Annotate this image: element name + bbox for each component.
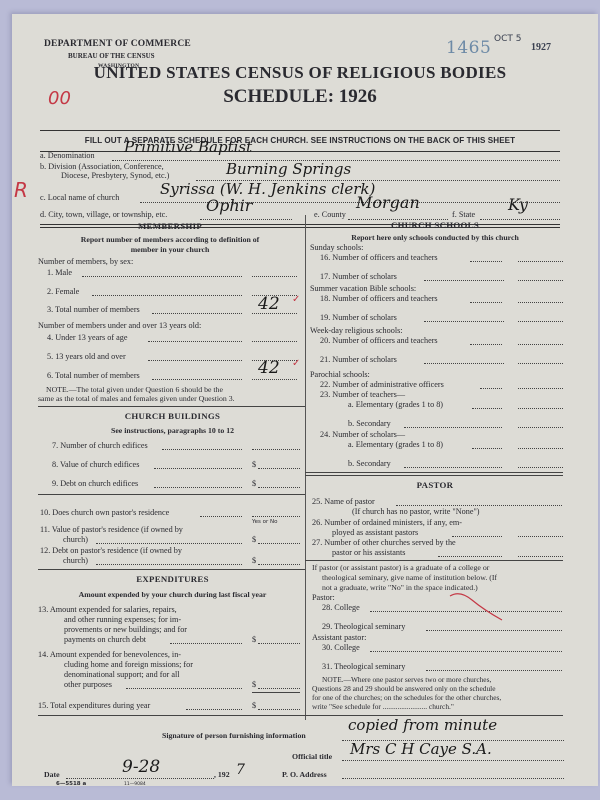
q2-label: 2. Female (47, 287, 79, 296)
q13-running-expenses-field[interactable] (258, 643, 300, 644)
q8-value-field[interactable] (258, 468, 300, 469)
q13-leader (170, 643, 242, 644)
divider (40, 130, 560, 131)
q20-field[interactable] (518, 344, 563, 345)
q16-leader (470, 261, 502, 262)
q23b-field[interactable] (518, 427, 563, 428)
divider (305, 472, 563, 473)
divider (38, 494, 305, 495)
county-field[interactable]: Morgan (356, 193, 420, 212)
q14-label-2: cluding home and foreign missions; for (64, 660, 193, 669)
q30-label: 30. College (322, 643, 360, 652)
dollar-sign: $ (252, 701, 256, 710)
state-label: f. State (452, 210, 475, 219)
q22-field[interactable] (518, 388, 563, 389)
dollar-sign: $ (252, 680, 256, 689)
q22-label: 22. Number of administrative officers (320, 380, 444, 389)
q24a-field[interactable] (518, 448, 563, 449)
q7-edifices-field[interactable] (252, 449, 300, 450)
q12-label-1: 12. Debt on pastor's residence (if owned… (40, 546, 182, 555)
date-year-field[interactable]: 7 (236, 762, 245, 778)
q31-label: 31. Theological seminary (322, 662, 405, 671)
q26-field[interactable] (518, 536, 563, 537)
q10-leader (200, 516, 242, 517)
q7-label: 7. Number of church edifices (52, 441, 148, 450)
q9-label: 9. Debt on church edifices (52, 479, 138, 488)
q5-leader (148, 360, 242, 361)
q28-label: 28. College (322, 603, 360, 612)
q10-label: 10. Does church own pastor's residence (40, 508, 169, 517)
q16-field[interactable] (518, 261, 563, 262)
assistant-pastor-label: Assistant pastor: (312, 633, 366, 642)
schools-subheading: Report here only schools conducted by th… (310, 233, 560, 242)
q18-label: 18. Number of officers and teachers (320, 294, 438, 303)
dollar-sign: $ (252, 556, 256, 565)
q13-label-4: payments on church debt (64, 635, 146, 644)
signature-field[interactable]: copied from minute (348, 716, 497, 734)
city-line (200, 219, 292, 220)
q5-label: 5. 13 years old and over (47, 352, 126, 361)
q24-label: 24. Number of scholars— (320, 430, 405, 439)
fill-out-instruction: FILL OUT A SEPARATE SCHEDULE FOR EACH CH… (15, 135, 585, 145)
members-by-sex-label: Number of members, by sex: (38, 257, 133, 266)
q12-leader (96, 564, 242, 565)
q7-leader (162, 449, 242, 450)
received-stamp-number: 1465 (446, 38, 491, 58)
pastor-note-1: NOTE.—Where one pastor serves two or mor… (322, 675, 491, 684)
q20-label: 20. Number of officers and teachers (320, 336, 438, 345)
margin-mark-left: R (14, 178, 28, 202)
bureau-name: BUREAU OF THE CENSUS (68, 52, 155, 60)
q24a-label: a. Elementary (grades 1 to 8) (348, 440, 443, 449)
q15-total-expenditures-field[interactable] (258, 709, 300, 710)
divider (305, 560, 563, 561)
q18-leader (470, 302, 502, 303)
q9-leader (154, 487, 242, 488)
summer-schools-label: Summer vacation Bible schools: (310, 284, 416, 293)
divider (38, 406, 305, 407)
q17-leader (424, 280, 504, 281)
dollar-sign: $ (252, 535, 256, 544)
department-name: DEPARTMENT OF COMMERCE (44, 39, 191, 49)
official-title-label: Official title (292, 752, 332, 761)
q25-note: (If church has no pastor, write "None") (352, 507, 480, 516)
received-stamp-year: 1927 (531, 42, 551, 53)
q23b-label: b. Secondary (348, 419, 391, 428)
form-title: UNITED STATES CENSUS OF RELIGIOUS BODIES (0, 63, 600, 83)
q14-label-4: other purposes (64, 680, 112, 689)
membership-subheading-1: Report number of members according to de… (40, 235, 300, 244)
divider (38, 569, 305, 570)
q25-label: 25. Name of pastor (312, 497, 375, 506)
q23b-leader (404, 427, 502, 428)
q21-label: 21. Number of scholars (320, 355, 397, 364)
pastor-subsection-label: Pastor: (312, 593, 335, 602)
q6-leader (152, 379, 242, 380)
dollar-sign: $ (252, 479, 256, 488)
q1-label: 1. Male (47, 268, 72, 277)
q11-residence-value-field[interactable] (258, 543, 300, 544)
q1-male-field[interactable] (252, 276, 297, 277)
pastor-heading: PASTOR (310, 480, 560, 490)
q8-label: 8. Value of church edifices (52, 460, 139, 469)
official-title-field[interactable]: Mrs C H Caye S.A. (350, 740, 492, 758)
date-line (66, 778, 214, 779)
q6-label: 6. Total number of members (47, 371, 140, 380)
q3-total-members-field[interactable]: 42 (258, 294, 280, 314)
q12-residence-debt-field[interactable] (258, 564, 300, 565)
q4-leader (148, 341, 242, 342)
q17-label: 17. Number of scholars (320, 272, 397, 281)
city-label: d. City, town, village, or township, etc… (40, 210, 167, 219)
print-code: 11—9084 (124, 782, 146, 787)
q27-leader (438, 556, 502, 557)
q15-leader (186, 709, 242, 710)
q11-label-1: 11. Value of pastor's residence (if owne… (40, 525, 183, 534)
buildings-heading: CHURCH BUILDINGS (40, 411, 305, 421)
q3-leader (152, 313, 242, 314)
received-stamp-date: OCT 5 (494, 34, 521, 44)
yes-or-no-hint: Yes or No (252, 519, 277, 525)
red-check-mark: ✓ (292, 358, 300, 369)
graduate-instruction-1: If pastor (or assistant pastor) is a gra… (312, 563, 489, 572)
q6-total-members-field[interactable]: 42 (258, 358, 280, 378)
q13-label-3: provements or new buildings; and for (64, 625, 187, 634)
q24b-leader (404, 467, 502, 468)
schedule-title: SCHEDULE: 1926 (0, 86, 600, 108)
q15-label: 15. Total expenditures during year (38, 701, 150, 710)
form-number: 6—5518 a (56, 781, 86, 787)
red-pencil-mark (448, 592, 508, 622)
q21-leader (424, 363, 504, 364)
po-address-label: P. O. Address (282, 770, 327, 779)
q30-college-field[interactable] (370, 651, 562, 652)
age-group-label: Number of members under and over 13 year… (38, 321, 201, 330)
membership-subheading-2: member in your church (40, 245, 300, 254)
q20-leader (470, 344, 502, 345)
column-divider (305, 215, 306, 720)
membership-note-1: NOTE.—The total given under Question 6 s… (46, 385, 223, 394)
q19-leader (424, 321, 504, 322)
graduate-instruction-2: theological seminary, give name of insti… (322, 573, 497, 582)
division-label-2: Diocese, Presbytery, Synod, etc.) (61, 171, 169, 180)
schools-heading: CHURCH SCHOOLS (310, 220, 560, 230)
q23-label: 23. Number of teachers— (320, 390, 405, 399)
divider (38, 715, 305, 716)
q18-field[interactable] (518, 302, 563, 303)
weekday-schools-label: Week-day religious schools: (310, 326, 403, 335)
signature-label: Signature of person furnishing informati… (162, 731, 306, 740)
state-field[interactable]: Ky (508, 195, 528, 214)
city-field[interactable]: Ophir (206, 196, 252, 215)
q23a-leader (472, 408, 502, 409)
q12-label-2: church) (63, 556, 88, 565)
q29-seminary-field[interactable] (426, 630, 562, 631)
q1-leader (82, 276, 242, 277)
q27-field[interactable] (518, 556, 563, 557)
q21-field[interactable] (518, 363, 563, 364)
q4-label: 4. Under 13 years of age (47, 333, 127, 342)
pastor-note-2: Questions 28 and 29 should be answered o… (312, 684, 496, 693)
divider (305, 475, 563, 476)
q3-label: 3. Total number of members (47, 305, 140, 314)
membership-heading: MEMBERSHIP (40, 221, 300, 231)
q4-under-13-field[interactable] (252, 341, 297, 342)
q16-label: 16. Number of officers and teachers (320, 253, 438, 262)
pastor-note-3: for one of the churches; on the schedule… (312, 693, 501, 702)
membership-note-2: same as the total of males and females g… (38, 394, 235, 403)
q10-residence-field[interactable] (252, 516, 300, 517)
q14-label-3: denominational support; and for all (64, 670, 180, 679)
q11-leader (96, 543, 242, 544)
q27-label-1: 27. Number of other churches served by t… (312, 538, 456, 547)
q2-leader (92, 295, 242, 296)
sum-line (252, 692, 300, 693)
division-label-1: b. Division (Association, Conference, (40, 162, 164, 171)
po-address-field[interactable] (342, 778, 564, 779)
q11-label-2: church) (63, 535, 88, 544)
q19-label: 19. Number of scholars (320, 313, 397, 322)
q9-debt-field[interactable] (258, 487, 300, 488)
margin-mark-top: 00 (48, 88, 71, 109)
date-field[interactable]: 9-28 (122, 757, 160, 777)
divider (40, 151, 560, 152)
q17-field[interactable] (518, 280, 563, 281)
q13-label-1: 13. Amount expended for salaries, repair… (38, 605, 177, 614)
local-name-field[interactable]: Syrissa (W. H. Jenkins clerk) (160, 180, 375, 198)
q14-benevolences-field[interactable] (258, 688, 300, 689)
q6-line (252, 379, 297, 380)
date-year-prefix: , 192 (214, 770, 230, 779)
denomination-label: a. Denomination (40, 151, 95, 160)
dollar-sign: $ (252, 635, 256, 644)
expenditures-subheading: Amount expended by your church during la… (40, 590, 305, 599)
q25-pastor-name-field[interactable] (396, 505, 562, 506)
q23a-field[interactable] (518, 408, 563, 409)
buildings-subheading: See instructions, paragraphs 10 to 12 (40, 426, 305, 435)
q14-label-1: 14. Amount expended for benevolences, in… (38, 650, 181, 659)
q14-leader (126, 688, 242, 689)
q24b-label: b. Secondary (348, 459, 391, 468)
sunday-schools-label: Sunday schools: (310, 243, 363, 252)
q26-label-2: ployed as assistant pastors (332, 528, 418, 537)
red-check-mark: ✓ (292, 294, 300, 305)
q26-leader (452, 536, 502, 537)
q24a-leader (472, 448, 502, 449)
parochial-schools-label: Parochial schools: (310, 370, 370, 379)
official-title-line (342, 760, 564, 761)
q29-label: 29. Theological seminary (322, 622, 405, 631)
q23a-label: a. Elementary (grades 1 to 8) (348, 400, 443, 409)
q24b-field[interactable] (518, 467, 563, 468)
local-name-line (140, 202, 560, 203)
division-field[interactable]: Burning Springs (226, 160, 351, 178)
date-label: Date (44, 770, 60, 779)
q22-leader (480, 388, 502, 389)
q31-seminary-field[interactable] (426, 670, 562, 671)
q13-label-2: and other running expenses; for im- (64, 615, 181, 624)
q8-leader (154, 468, 242, 469)
graduate-instruction-3: not a graduate, write "No" in the space … (322, 583, 478, 592)
local-name-label: c. Local name of church (40, 193, 119, 202)
q27-label-2: pastor or his assistants (332, 548, 405, 557)
county-label: e. County (314, 210, 346, 219)
expenditures-heading: EXPENDITURES (40, 574, 305, 584)
pastor-note-4: write "See schedule for ................… (312, 702, 454, 711)
denomination-field[interactable]: Primitive Baptist (124, 138, 252, 156)
dollar-sign: $ (252, 460, 256, 469)
q26-label-1: 26. Number of ordained ministers, if any… (312, 518, 462, 527)
q19-field[interactable] (518, 321, 563, 322)
